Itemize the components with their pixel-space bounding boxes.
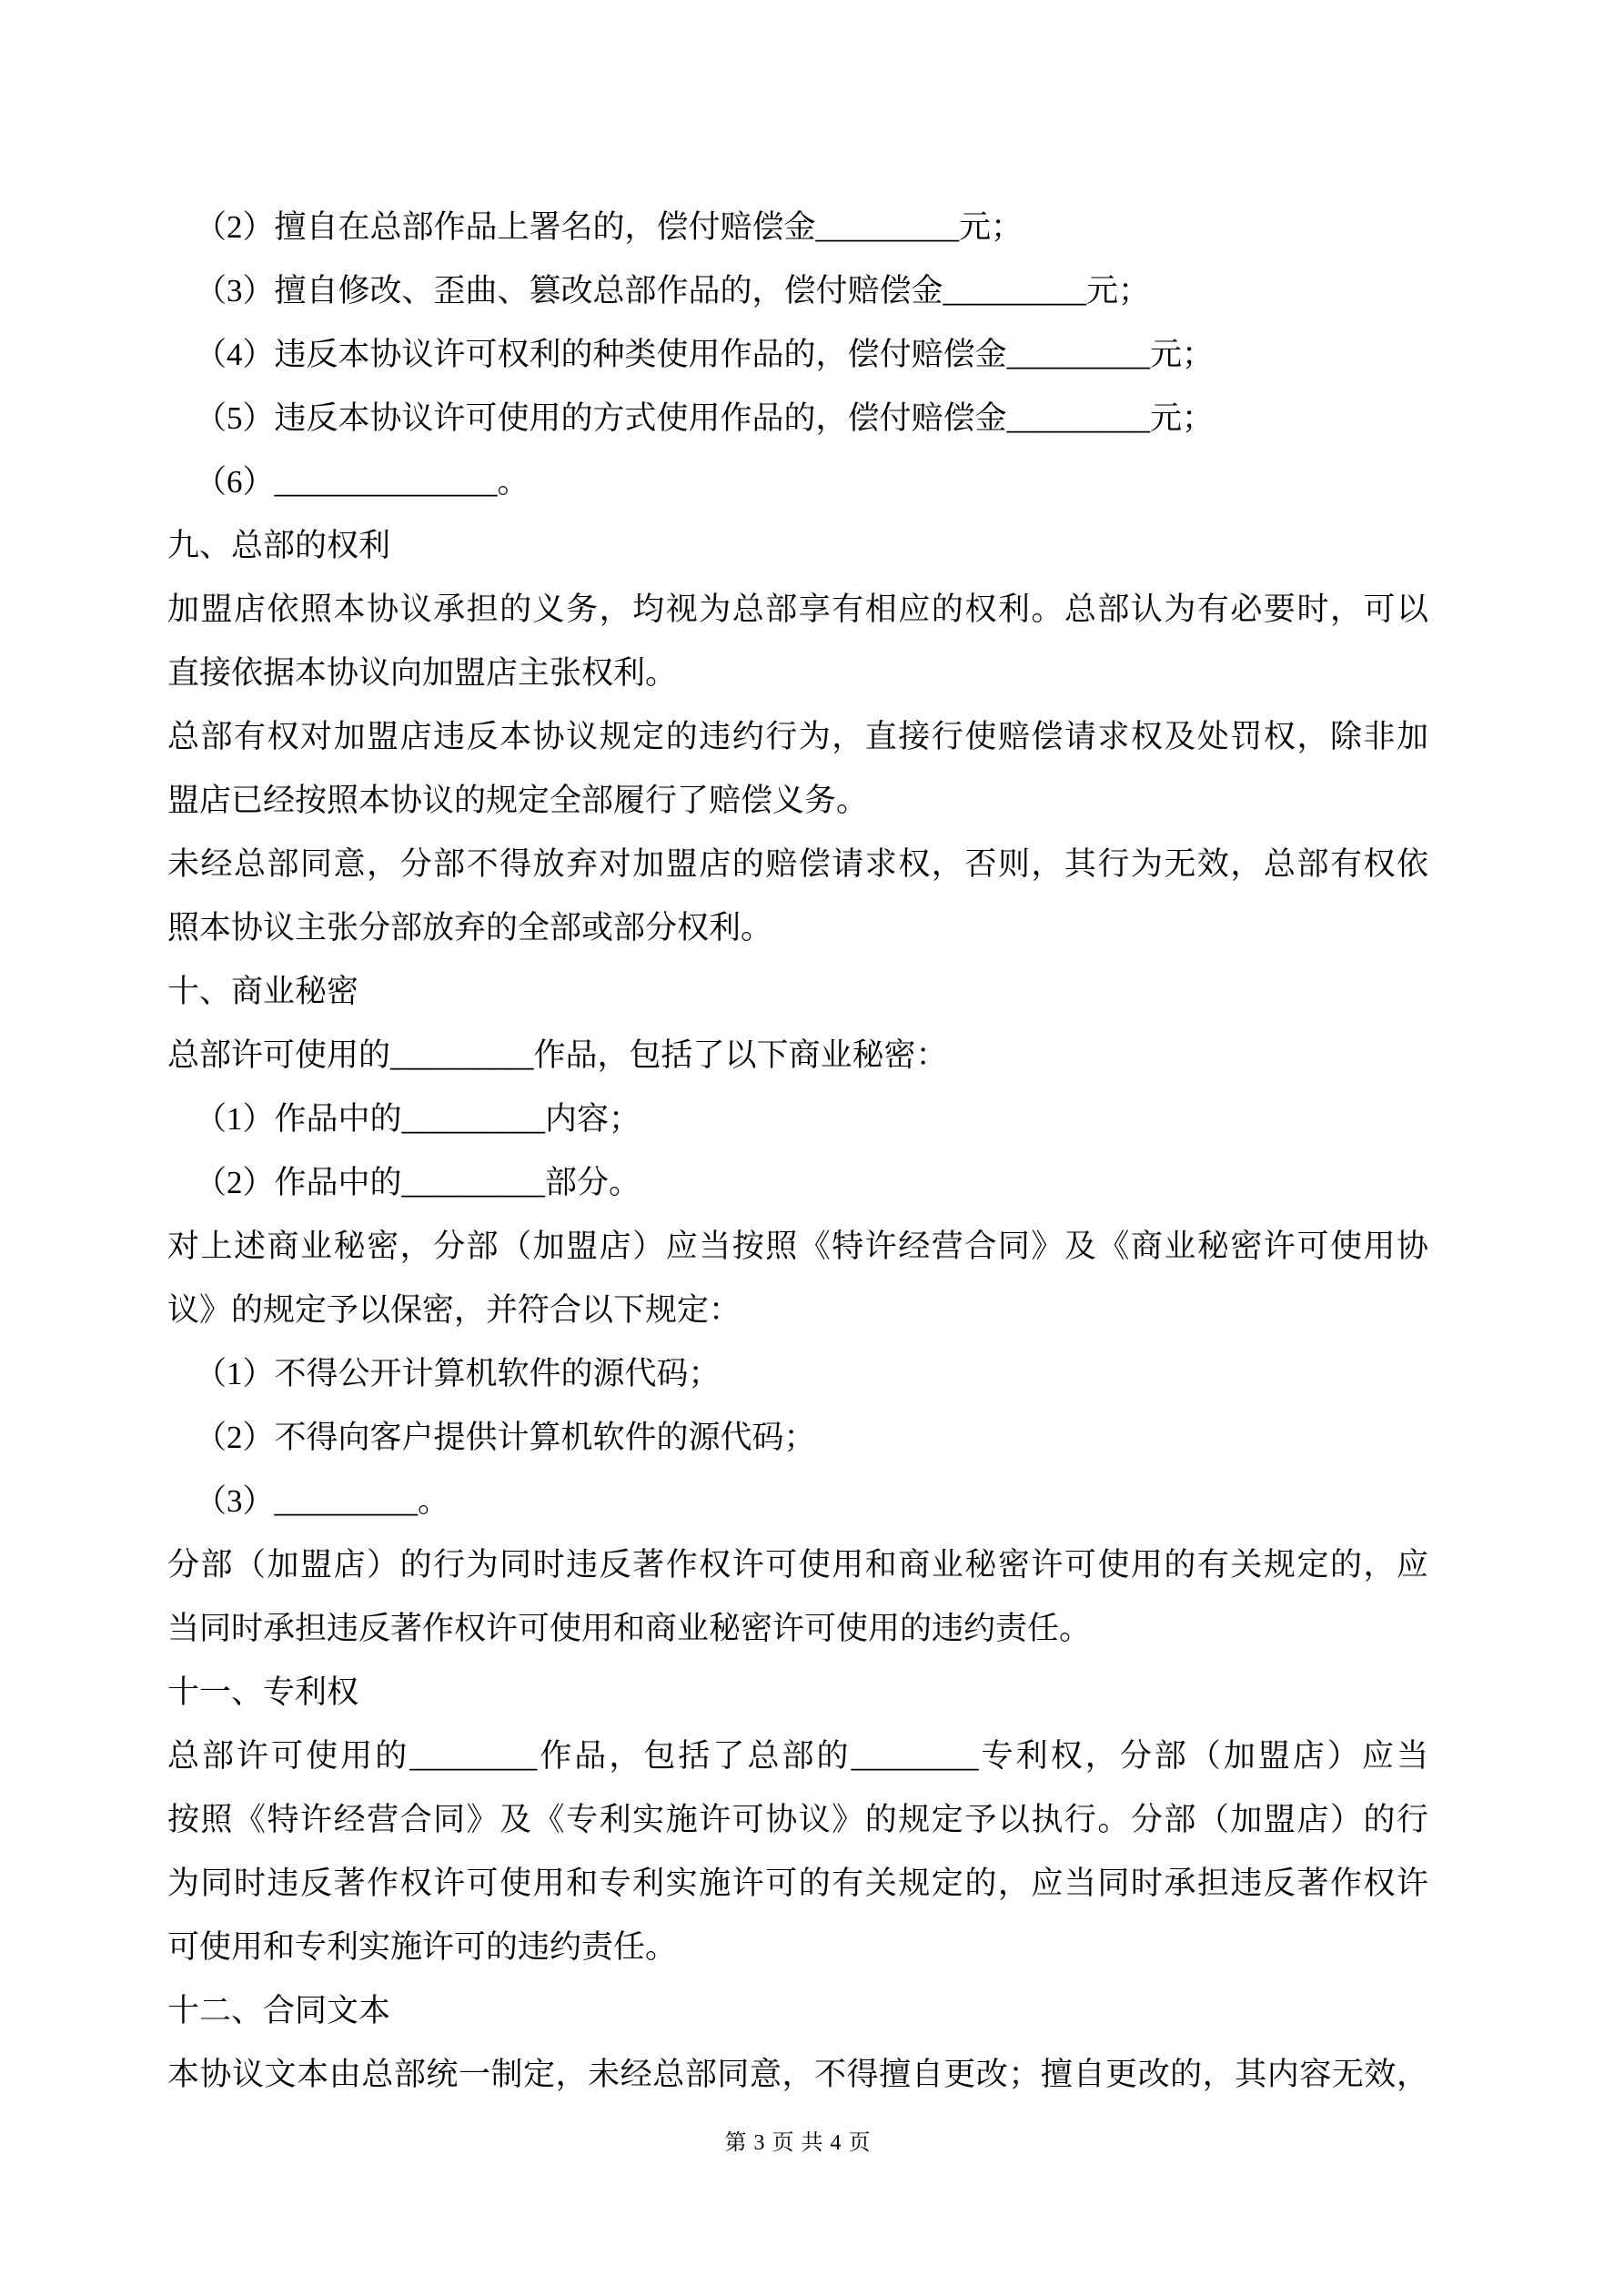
confidentiality-rule-3-blank: （3）_________。 (167, 1470, 1428, 1533)
penalty-clause-6-blank: （6）______________。 (167, 450, 1428, 514)
penalty-clause-3: （3）擅自修改、歪曲、篡改总部作品的，偿付赔偿金_________元； (167, 259, 1428, 323)
penalty-clause-2: （2）擅自在总部作品上署名的，偿付赔偿金_________元； (167, 196, 1428, 259)
penalty-clause-5: （5）违反本协议许可使用的方式使用作品的，偿付赔偿金_________元； (167, 387, 1428, 450)
section-heading-twelve-contract-text: 十二、合同文本 (167, 1979, 1428, 2043)
paragraph-line: 总部有权对加盟店违反本协议规定的违约行为，直接行使赔偿请求权及处罚权，除非加 (167, 705, 1428, 769)
paragraph-line: 按照《特许经营合同》及《专利实施许可协议》的规定予以执行。分部（加盟店）的行 (167, 1788, 1428, 1852)
trade-secret-item-2: （2）作品中的_________部分。 (167, 1151, 1428, 1215)
paragraph-line: 本协议文本由总部统一制定，未经总部同意，不得擅自更改；擅自更改的，其内容无效， (167, 2043, 1428, 2107)
penalty-clause-4: （4）违反本协议许可权利的种类使用作品的，偿付赔偿金_________元； (167, 323, 1428, 387)
section-heading-eleven-patent-rights: 十一、专利权 (167, 1661, 1428, 1725)
paragraph-line: 对上述商业秘密，分部（加盟店）应当按照《特许经营合同》及《商业秘密许可使用协 (167, 1215, 1428, 1279)
document-page: （2）擅自在总部作品上署名的，偿付赔偿金_________元； （3）擅自修改、… (167, 196, 1428, 2180)
trade-secret-item-1: （1）作品中的_________内容； (167, 1087, 1428, 1151)
paragraph-line: 盟店已经按照本协议的规定全部履行了赔偿义务。 (167, 769, 1428, 833)
paragraph-line: 为同时违反著作权许可使用和专利实施许可的有关规定的，应当同时承担违反著作权许 (167, 1852, 1428, 1916)
paragraph-line: 分部（加盟店）的行为同时违反著作权许可使用和商业秘密许可使用的有关规定的，应 (167, 1533, 1428, 1597)
section-heading-nine-hq-rights: 九、总部的权利 (167, 514, 1428, 578)
paragraph-line: 未经总部同意，分部不得放弃对加盟店的赔偿请求权，否则，其行为无效，总部有权依 (167, 833, 1428, 896)
paragraph-line: 总部许可使用的________作品，包括了总部的________专利权，分部（加… (167, 1725, 1428, 1788)
confidentiality-rule-1: （1）不得公开计算机软件的源代码； (167, 1342, 1428, 1406)
section-heading-ten-trade-secrets: 十、商业秘密 (167, 960, 1428, 1024)
paragraph-line: 总部许可使用的_________作品，包括了以下商业秘密： (167, 1024, 1428, 1087)
paragraph-line: 照本协议主张分部放弃的全部或部分权利。 (167, 896, 1428, 960)
paragraph-line: 当同时承担违反著作权许可使用和商业秘密许可使用的违约责任。 (167, 1597, 1428, 1661)
page-footer: 第 3 页 共 4 页 (167, 2107, 1428, 2180)
paragraph-line: 直接依据本协议向加盟店主张权利。 (167, 642, 1428, 705)
paragraph-line: 加盟店依照本协议承担的义务，均视为总部享有相应的权利。总部认为有必要时，可以 (167, 578, 1428, 642)
confidentiality-rule-2: （2）不得向客户提供计算机软件的源代码； (167, 1406, 1428, 1470)
paragraph-line: 议》的规定予以保密，并符合以下规定： (167, 1279, 1428, 1342)
paragraph-line: 可使用和专利实施许可的违约责任。 (167, 1916, 1428, 1979)
